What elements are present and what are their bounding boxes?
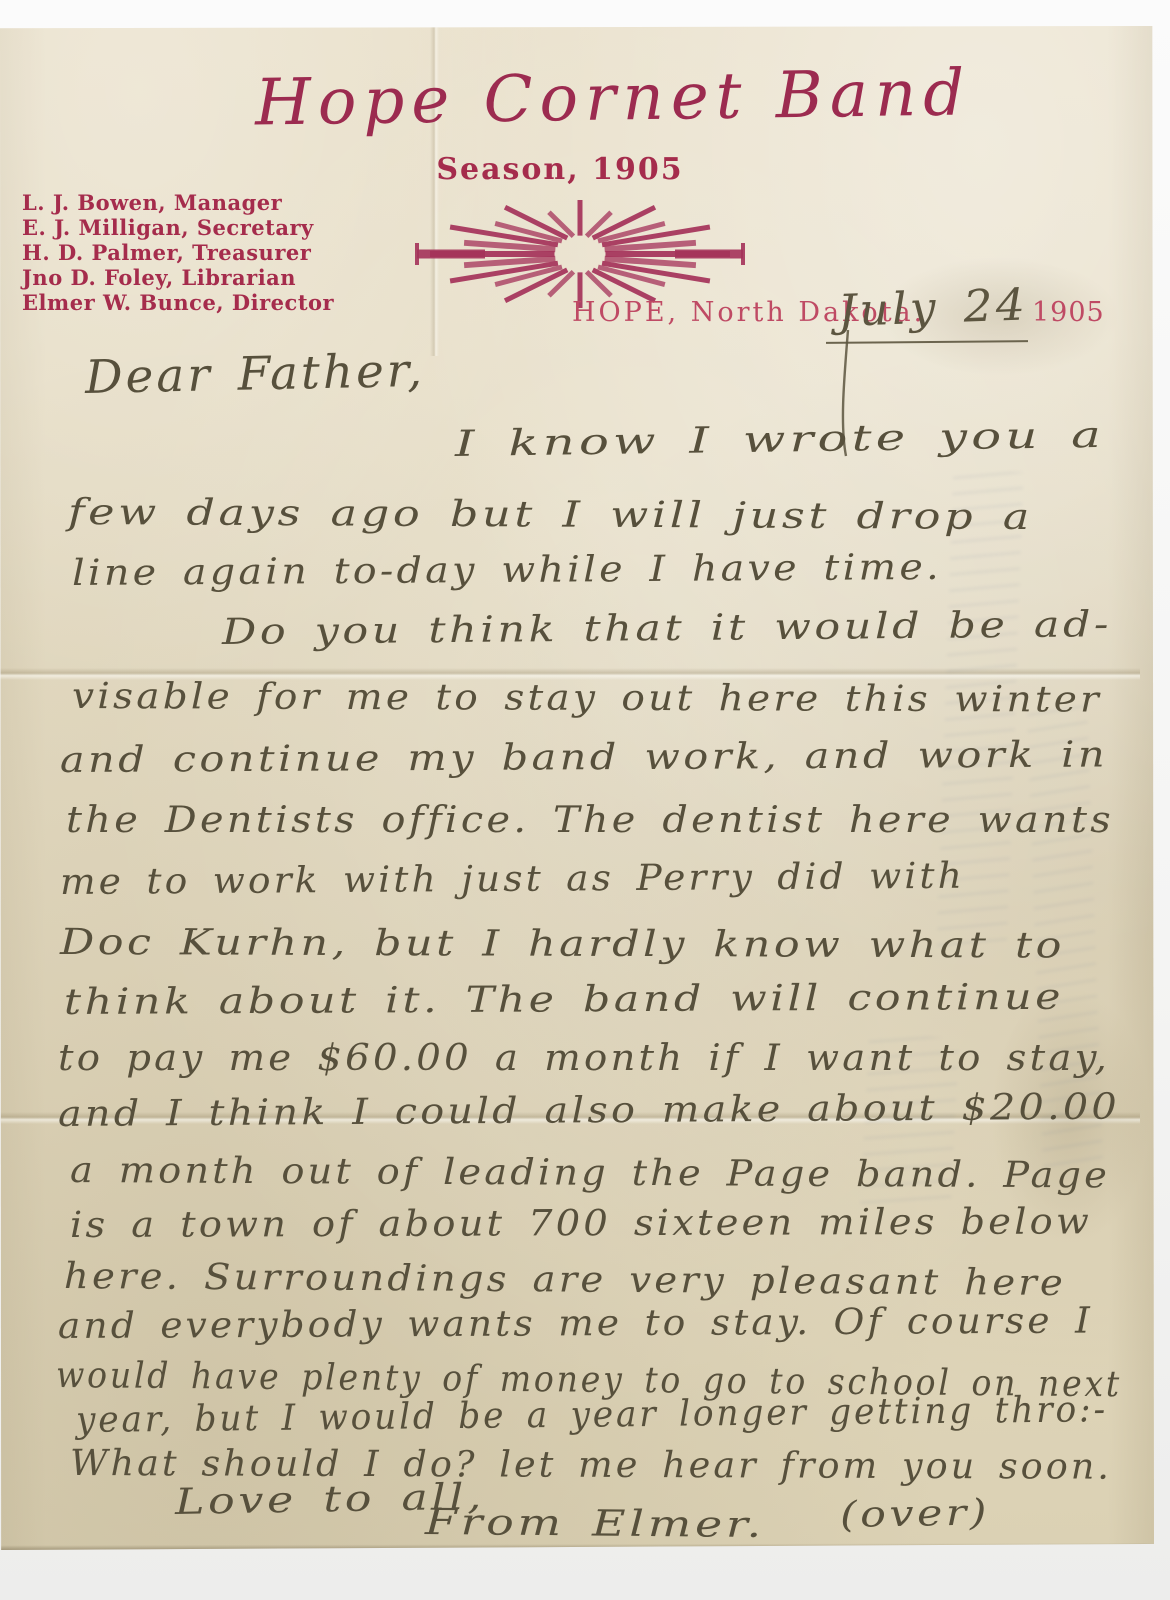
handwritten-line: Doc Kurhn, but I hardly know what to [60,922,1065,967]
handwritten-line: line again to-day while I have time. [72,547,942,594]
officer-manager: L. J. Bowen, Manager [22,190,334,215]
handwritten-line: and I think I could also make about $20.… [58,1087,1120,1135]
signature: From Elmer. [425,1502,765,1546]
handwritten-line: the Dentists office. The dentist here wa… [66,800,1114,841]
handwritten-line: is a town of about 700 sixteen miles bel… [70,1201,1092,1246]
officer-treasurer: H. D. Palmer, Treasurer [22,240,334,265]
handwritten-line: few days ago but I will just drop a [68,492,1033,538]
season-line: Season, 1905 [360,152,760,187]
handwritten-line: think about it. The band will continue [64,977,1064,1023]
letter-scan: Hope Cornet Band Season, 1905 L. J. Bowe… [0,0,1170,1600]
handwritten-date: July 24 [837,279,1029,337]
handwritten-line: and everybody wants me to stay. Of cours… [58,1301,1093,1347]
handwritten-line: to pay me $60.00 a month if I want to st… [58,1038,1110,1079]
salutation: Dear Father, [84,343,425,404]
handwritten-line: here. Surroundings are very pleasant her… [64,1256,1066,1304]
officer-librarian: Jno D. Foley, Librarian [22,265,334,290]
officer-director: Elmer W. Bunce, Director [22,290,334,315]
printed-year: 1905 [1032,297,1105,328]
over-note: (over) [840,1492,991,1536]
handwritten-line: a month out of leading the Page band. Pa… [70,1150,1110,1196]
handwritten-line: me to work with just as Perry did with [60,856,965,903]
handwritten-line: Do you think that it would be ad- [222,604,1112,653]
band-title: Hope Cornet Band [255,58,896,141]
handwritten-line: and continue my band work, and work in [60,735,1108,781]
handwritten-line: visable for me to stay out here this win… [72,676,1102,721]
officer-secretary: E. J. Milligan, Secretary [22,215,334,240]
officer-list: L. J. Bowen, Manager E. J. Milligan, Sec… [22,190,334,315]
